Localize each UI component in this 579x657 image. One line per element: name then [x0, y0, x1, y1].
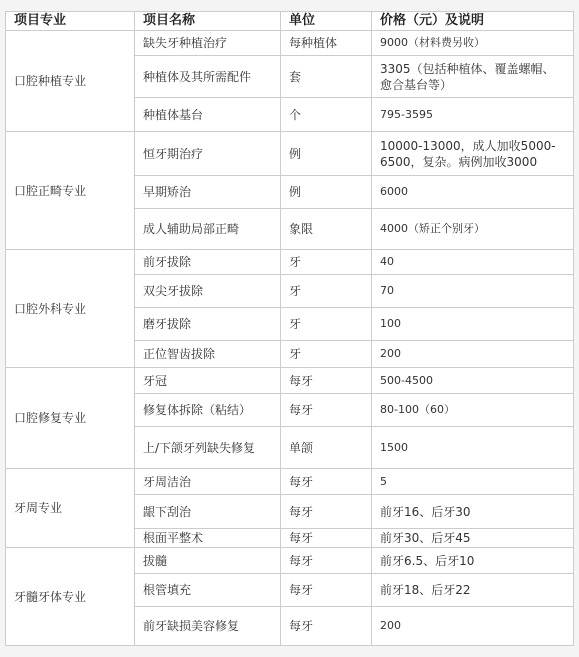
- unit-cell: 牙: [281, 308, 372, 341]
- item-name-cell: 前牙缺损美容修复: [135, 607, 281, 646]
- price-cell: 5: [372, 469, 574, 495]
- header-unit: 单位: [281, 12, 372, 31]
- unit-cell: 每牙: [281, 574, 372, 607]
- item-name-cell: 双尖牙拔除: [135, 275, 281, 308]
- unit-cell: 例: [281, 132, 372, 176]
- price-cell: 前牙6.5、后牙10: [372, 548, 574, 574]
- specialty-cell: 牙髓牙体专业: [6, 548, 135, 646]
- price-cell: 9000（材料费另收）: [372, 31, 574, 56]
- price-cell: 500-4500: [372, 368, 574, 394]
- price-cell: 前牙16、后牙30: [372, 495, 574, 529]
- item-name-cell: 早期矫治: [135, 176, 281, 209]
- item-name-cell: 根管填充: [135, 574, 281, 607]
- item-name-cell: 根面平整术: [135, 529, 281, 548]
- price-cell: 3305（包括种植体、覆盖螺帽、愈合基台等）: [372, 56, 574, 98]
- price-cell: 10000-13000，成人加收5000-6500，复杂。病例加收3000: [372, 132, 574, 176]
- unit-cell: 每牙: [281, 607, 372, 646]
- item-name-cell: 恒牙期治疗: [135, 132, 281, 176]
- dental-price-table: 项目专业 项目名称 单位 价格（元）及说明 口腔种植专业缺失牙种植治疗每种植体9…: [5, 11, 574, 646]
- item-name-cell: 种植体及其所需配件: [135, 56, 281, 98]
- price-cell: 40: [372, 250, 574, 275]
- unit-cell: 例: [281, 176, 372, 209]
- unit-cell: 牙: [281, 275, 372, 308]
- unit-cell: 每牙: [281, 548, 372, 574]
- price-cell: 6000: [372, 176, 574, 209]
- price-cell: 100: [372, 308, 574, 341]
- table-row: 口腔修复专业牙冠每牙500-4500: [6, 368, 574, 394]
- specialty-cell: 口腔修复专业: [6, 368, 135, 469]
- unit-cell: 牙: [281, 341, 372, 368]
- item-name-cell: 种植体基台: [135, 98, 281, 132]
- price-cell: 795-3595: [372, 98, 574, 132]
- unit-cell: 套: [281, 56, 372, 98]
- table-row: 牙髓牙体专业拔髓每牙前牙6.5、后牙10: [6, 548, 574, 574]
- price-cell: 4000（矫正个别牙）: [372, 209, 574, 250]
- unit-cell: 牙: [281, 250, 372, 275]
- unit-cell: 每牙: [281, 368, 372, 394]
- price-cell: 前牙30、后牙45: [372, 529, 574, 548]
- specialty-cell: 牙周专业: [6, 469, 135, 548]
- header-row: 项目专业 项目名称 单位 价格（元）及说明: [6, 12, 574, 31]
- specialty-cell: 口腔种植专业: [6, 31, 135, 132]
- item-name-cell: 拔髓: [135, 548, 281, 574]
- item-name-cell: 修复体拆除（粘结）: [135, 394, 281, 427]
- item-name-cell: 正位智齿拔除: [135, 341, 281, 368]
- unit-cell: 每种植体: [281, 31, 372, 56]
- unit-cell: 每牙: [281, 394, 372, 427]
- specialty-cell: 口腔外科专业: [6, 250, 135, 368]
- unit-cell: 每牙: [281, 469, 372, 495]
- unit-cell: 每牙: [281, 529, 372, 548]
- price-cell: 80-100（60）: [372, 394, 574, 427]
- header-item-name: 项目名称: [135, 12, 281, 31]
- unit-cell: 个: [281, 98, 372, 132]
- item-name-cell: 牙冠: [135, 368, 281, 394]
- item-name-cell: 前牙拔除: [135, 250, 281, 275]
- price-cell: 70: [372, 275, 574, 308]
- table-row: 口腔正畸专业恒牙期治疗例10000-13000，成人加收5000-6500，复杂…: [6, 132, 574, 176]
- unit-cell: 象限: [281, 209, 372, 250]
- item-name-cell: 龈下刮治: [135, 495, 281, 529]
- item-name-cell: 成人辅助局部正畸: [135, 209, 281, 250]
- price-cell: 200: [372, 341, 574, 368]
- table-row: 口腔种植专业缺失牙种植治疗每种植体9000（材料费另收）: [6, 31, 574, 56]
- table-row: 牙周专业牙周洁治每牙5: [6, 469, 574, 495]
- item-name-cell: 磨牙拔除: [135, 308, 281, 341]
- header-specialty: 项目专业: [6, 12, 135, 31]
- unit-cell: 每牙: [281, 495, 372, 529]
- item-name-cell: 牙周洁治: [135, 469, 281, 495]
- price-cell: 200: [372, 607, 574, 646]
- table-row: 口腔外科专业前牙拔除牙40: [6, 250, 574, 275]
- price-cell: 前牙18、后牙22: [372, 574, 574, 607]
- item-name-cell: 缺失牙种植治疗: [135, 31, 281, 56]
- price-cell: 1500: [372, 427, 574, 469]
- item-name-cell: 上/下颌牙列缺失修复: [135, 427, 281, 469]
- header-price: 价格（元）及说明: [372, 12, 574, 31]
- specialty-cell: 口腔正畸专业: [6, 132, 135, 250]
- unit-cell: 单颌: [281, 427, 372, 469]
